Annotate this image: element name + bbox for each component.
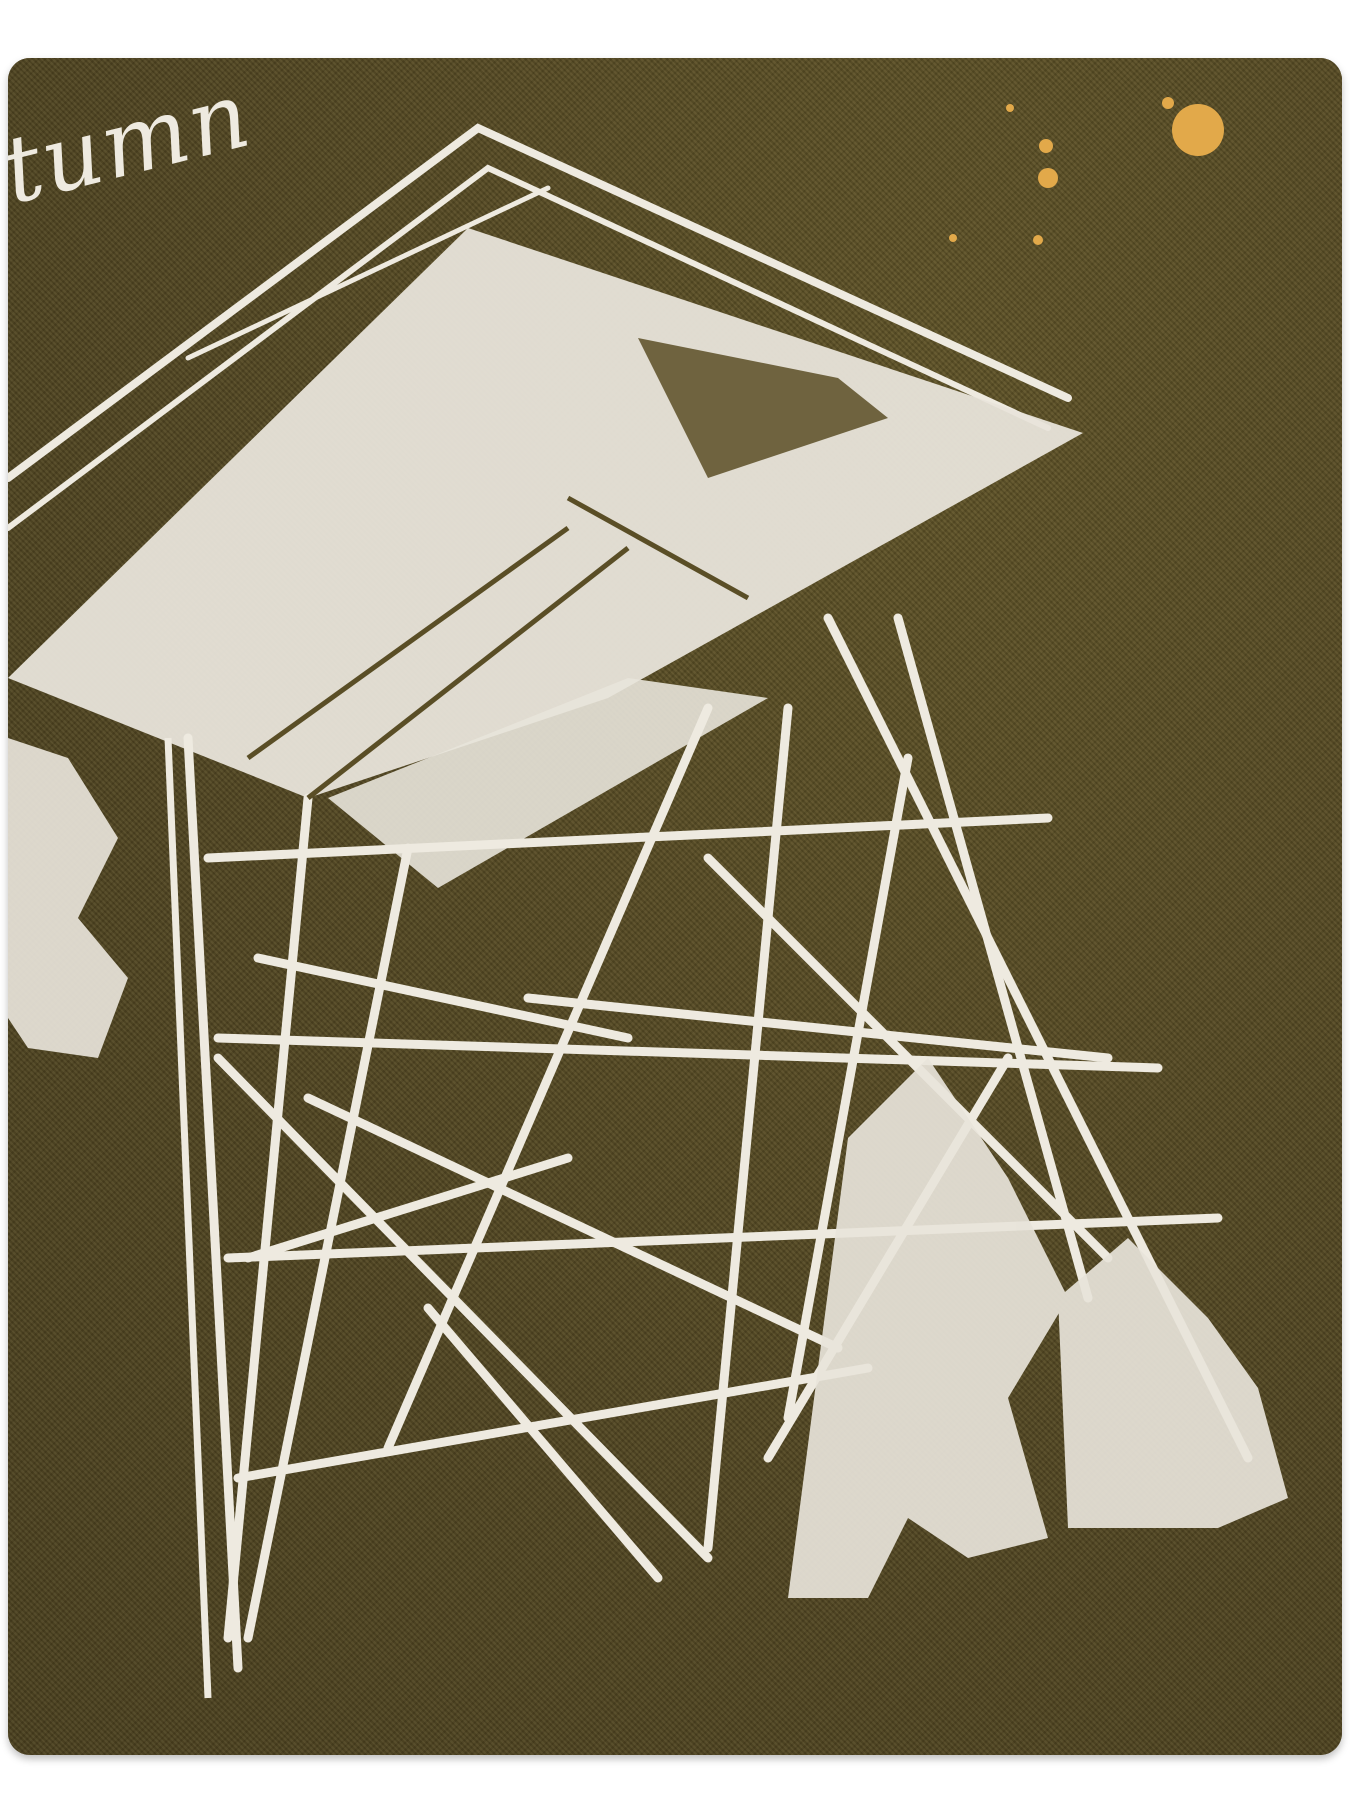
fire-tower-print — [8, 58, 1342, 1755]
paint-splatter — [949, 97, 1224, 245]
photo-card: tumn — [8, 58, 1342, 1755]
